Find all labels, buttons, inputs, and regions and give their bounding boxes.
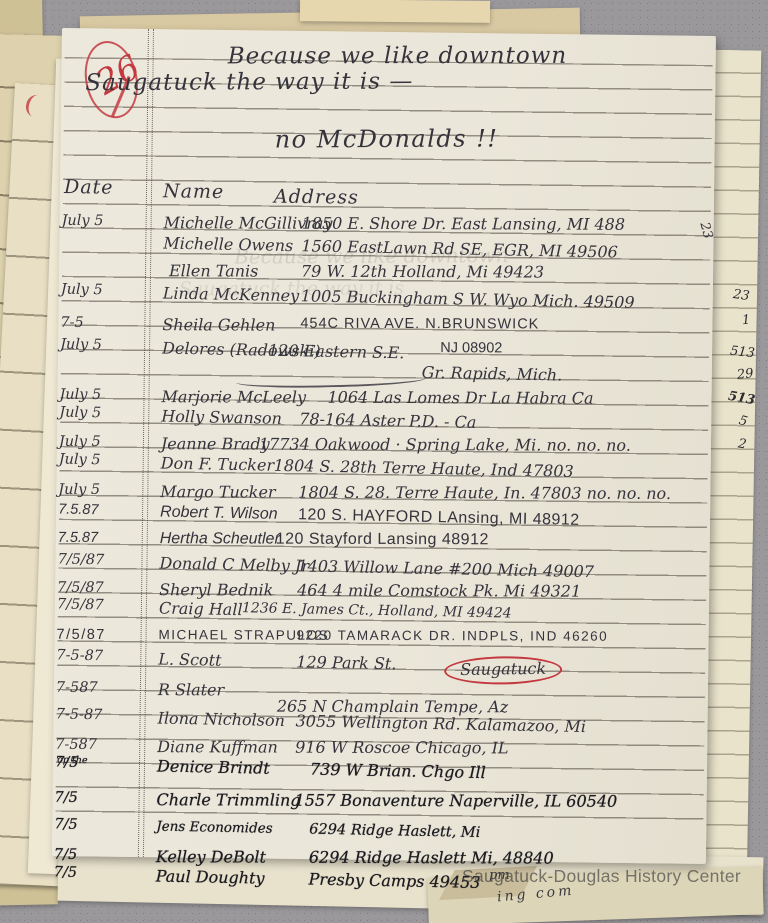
entry-address: 464 4 mile Comstock Pk. Mi 49321 xyxy=(297,581,581,601)
photo-scene: 2315132951352 pm ing com → 26 Because we… xyxy=(0,0,768,923)
entry-note: op the xyxy=(57,754,88,766)
entry-date: July 5 xyxy=(61,281,103,298)
entry-name: Michelle Owens xyxy=(163,234,293,256)
entry-name: Paul Doughty xyxy=(155,866,264,887)
entry-date: 7/5 xyxy=(54,816,78,832)
entry-date: July 5 xyxy=(59,434,101,450)
under-page-top-2 xyxy=(300,0,490,23)
entry-address: 1403 Willow Lane #200 Mich 49007 xyxy=(297,556,594,581)
entry-address: 1064 Las Lomes Dr La Habra Ca xyxy=(327,388,593,408)
entry-address: 120 S. HAYFORD LAnsing, MI 48912 xyxy=(298,506,580,530)
entry-name: L. Scott xyxy=(158,649,222,669)
entry-name: Kelley DeBolt xyxy=(156,847,266,866)
entry-address: 916 W Roscoe Chicago, IL xyxy=(295,738,508,758)
entry-name: Sheryl Bednik xyxy=(159,580,273,599)
entry-address: 9220 TAMARACK DR. INDPLS, IND 46260 xyxy=(297,628,609,644)
entry-date: July 5 xyxy=(59,387,101,403)
entry-address: 120 Stayford Lansing 48912 xyxy=(276,531,489,550)
entry-date: 7/5 xyxy=(55,790,78,806)
edge-number: 23 xyxy=(732,287,750,304)
entry-date: 7/5 xyxy=(54,847,77,863)
entry-address: 79 W. 12th Holland, Mi 49423 xyxy=(301,262,544,282)
petition-page: 26 Because we like downtown Saugatuck th… xyxy=(52,28,716,864)
entry-address: 1557 Bonaventure Naperville, IL 60540 xyxy=(295,791,618,811)
entry-date: July 5 xyxy=(60,336,102,353)
entry-name: Jens Economides xyxy=(156,818,273,836)
entry-name: R Slater xyxy=(158,680,224,699)
entry-address: 129 Park St. xyxy=(296,652,396,673)
entry-name: Craig Hall xyxy=(159,598,243,619)
entry-name: Diane Kuffman xyxy=(157,737,278,756)
signature-row: 7-587 R Slater 265 N Champlain Tempe, Az xyxy=(56,680,704,708)
entry-date: 7-587 xyxy=(55,737,97,753)
signature-row: 7/5 Charle Trimmling 1557 Bonaventure Na… xyxy=(55,790,703,818)
entry-address: 78-164 Aster P.D. - Ca xyxy=(299,409,476,432)
entry-address: Presby Camps 49453 xyxy=(308,870,480,892)
edge-number: 513 xyxy=(729,344,755,362)
entry-address: 120 Eastern S.E. xyxy=(268,341,405,363)
entry-address-line2: 23 xyxy=(696,221,715,241)
entry-address: 454C RIVA AVE. N.BRUNSWICK xyxy=(300,316,539,333)
signature-entries: July 5 Michelle McGillivray 1850 E. Shor… xyxy=(54,28,714,864)
entry-name: Ilona Nicholson xyxy=(157,708,285,730)
entry-address: 17734 Oakwood · Spring Lake, Mi. no. no.… xyxy=(259,435,631,455)
entry-name: Holly Swanson xyxy=(161,407,282,428)
entry-date: July 5 xyxy=(62,213,104,229)
entry-address: 6294 Ridge Haslett Mi, 48840 xyxy=(309,848,554,868)
entry-date: 7/5/87 xyxy=(57,551,104,568)
entry-date: 7/5/87 xyxy=(57,596,104,613)
entry-name: Don F. Tucker xyxy=(161,453,275,474)
entry-address: 6294 Ridge Haslett, Mi xyxy=(309,822,480,841)
entry-date: 7/5 xyxy=(54,864,78,880)
entry-address: 1850 E. Shore Dr. East Lansing, MI 488 xyxy=(302,214,626,234)
entry-date: 7/5/87 xyxy=(57,627,106,643)
watermark: Saugatuck-Douglas History Center xyxy=(462,866,741,887)
entry-date: 7-587 xyxy=(56,680,98,696)
entry-name: Ellen Tanis xyxy=(169,261,258,280)
entry-date: 7-5 xyxy=(60,315,83,331)
entry-name: Robert T. Wilson xyxy=(160,503,278,523)
entry-name: Charle Trimmling xyxy=(157,790,301,810)
entry-date: 7/5/87 xyxy=(57,580,104,596)
entry-address: 1804 S. 28. Terre Haute, In. 47803 no. n… xyxy=(298,483,671,503)
entry-date: July 5 xyxy=(59,404,101,421)
entry-name: Marjorie McLeely xyxy=(161,387,306,407)
entry-date: 7.5.87 xyxy=(58,501,99,518)
entry-name: Linda McKenney xyxy=(163,284,300,306)
edge-number: 1 xyxy=(741,313,750,329)
entry-name: Margo Tucker xyxy=(160,482,275,501)
entry-address: 1005 Buckingham S W. Wyo Mich. 49509 xyxy=(301,286,635,312)
entry-name: Donald C Melby Jr xyxy=(159,553,309,575)
entry-name: Hertha Scheutler xyxy=(160,530,280,548)
entry-name: Sheila Gehlen xyxy=(162,315,275,334)
entry-address: 3055 Wellington Rd. Kalamazoo, Mi xyxy=(295,711,586,736)
entry-date: 7-5-87 xyxy=(56,647,103,664)
entry-date: 7-5-87 xyxy=(56,706,103,723)
entry-date: July 5 xyxy=(58,482,100,498)
entry-date: 7.5.87 xyxy=(58,530,98,546)
entry-name: Jeanne Brady xyxy=(161,434,270,453)
entry-name: Denice Brindt xyxy=(157,756,270,777)
entry-date: July 5 xyxy=(59,451,101,468)
entry-address-line2: Gr. Rapids, Mich. xyxy=(422,363,563,385)
entry-address: 739 W Brian. Chgo Ill xyxy=(310,760,486,783)
edge-number: 29 xyxy=(736,366,754,383)
